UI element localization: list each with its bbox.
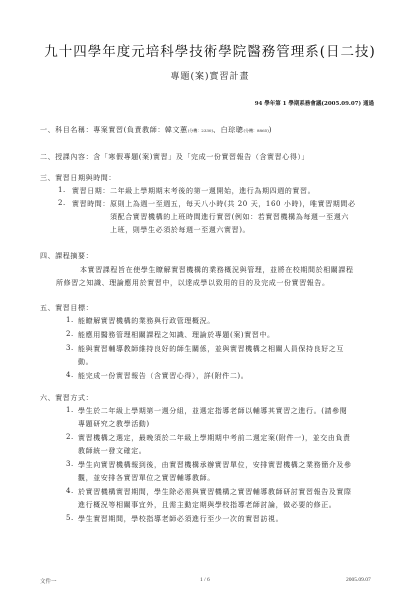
- section-1-course-name: 一、科目名稱：專案實習(負責教師：韓文蕙(分機：2330)、白琮聰(分機：886…: [40, 125, 272, 135]
- section-5-item-2-text: 能應用醫務管理相關課程之知識、理論於專題(案)實習中。: [78, 330, 275, 340]
- section-3-item-2-line-3: 上班，則學生必須於每週一至週六實習)。: [110, 225, 250, 235]
- extension-2: (分機：8865): [243, 128, 268, 133]
- section-6-item-3-num: 3.: [66, 460, 74, 468]
- section-6-heading: 六、實習方式：: [40, 393, 93, 403]
- section-5-heading: 五、實習目標：: [40, 303, 93, 313]
- section-3-heading: 三、實習日期與時間：: [40, 173, 116, 183]
- section-3-item-2-num: 2.: [58, 199, 66, 207]
- section-5-item-1-num: 1.: [66, 316, 74, 324]
- section-1-text: 一、科目名稱：專案實習(負責教師：韓文蕙: [40, 126, 188, 134]
- section-3-item-1-num: 1.: [58, 186, 66, 194]
- section-6-item-5-num: 5.: [66, 514, 74, 522]
- section-6-item-5-text: 學生實習期間，學校指導老師必須進行至少一次的實習訪視。: [78, 514, 283, 524]
- extension-1: (分機：2330): [188, 128, 213, 133]
- section-6-item-2-line-2: 教師統一發文確定。: [78, 446, 146, 456]
- section-1-end: ): [269, 126, 272, 134]
- section-5-item-3-line-2: 動。: [78, 357, 93, 367]
- section-5-item-2-num: 2.: [66, 330, 74, 338]
- section-6-item-4-line-2: 進行概況等相關事宜外，且需主動定期與學校指導老師討論，做必要的修正。: [78, 500, 336, 510]
- section-1-mid: 、白琮聰: [213, 126, 243, 134]
- section-5-item-4-num: 4.: [66, 371, 74, 379]
- section-5-item-3-line-1: 能與實習輔導教師維持良好的師生關係，並與實習機構之相關人員保持良好之互: [78, 344, 344, 354]
- document-subtitle: 專題(案)實習計畫: [0, 69, 420, 82]
- section-3-item-2-line-1: 實習時間：原則上為週一至週五，每天八小時(共 20 天，160 小時)，唯實習期…: [72, 199, 356, 209]
- section-6-item-1-line-2: 專題研究之教學活動): [78, 419, 150, 429]
- section-6-item-3-line-2: 觀，並安排各實習單位之實習輔導教師。: [78, 473, 215, 483]
- section-4-line-1: 本實習課程旨在使學生瞭解實習機構的業務概況與管理，並將在校期間於相關課程: [80, 265, 354, 275]
- section-6-item-4-line-1: 於實習機構實習期間，學生除必需與實習機構之實習輔導教師研討實習報告及實際: [78, 487, 352, 497]
- section-6-item-1-num: 1.: [66, 406, 74, 414]
- document-page: 九十四學年度元培科學技術學院醫務管理系(日二技) 專題(案)實習計畫 94 學年…: [0, 0, 420, 593]
- document-title: 九十四學年度元培科學技術學院醫務管理系(日二技): [0, 40, 420, 60]
- section-6-item-4-num: 4.: [66, 487, 74, 495]
- section-6-item-2-num: 2.: [66, 433, 74, 441]
- section-3-item-2-line-2: 須配合實習機構的上班時間進行實習(例如：若實習機構為每週一至週六: [110, 212, 349, 222]
- section-5-item-3-num: 3.: [66, 344, 74, 352]
- approval-note: 94 學年第 1 學期系務會議(2005.09.07) 通過: [255, 99, 374, 107]
- section-4-line-2: 所修習之知識、理論應用於實習中，以達成學以致用的目的及完成一份實習報告。: [56, 278, 330, 288]
- footer-date: 2005.09.07: [346, 577, 371, 583]
- section-5-item-4-text: 能完成一份實習報告（含實習心得），詳(附件二)。: [78, 371, 248, 381]
- section-2-content: 二、授課內容：含「寒假專題(案)實習」及「完成一份實習報告（含實習心得）」: [40, 152, 309, 162]
- section-6-item-2-line-1: 實習機構之選定，最晚須於二年級上學期期中考前二週定案(附件一)，並交由負責: [78, 433, 351, 443]
- section-5-item-1-text: 能瞭解實習機構的業務與行政管理概況。: [78, 316, 215, 326]
- footer-page-number: 1 / 6: [200, 577, 210, 583]
- section-6-item-1-line-1: 學生於二年級上學期第一週分組，並選定指導老師以輔導其實習之進行。(請參閱: [78, 406, 347, 416]
- section-4-heading: 四、課程摘要：: [40, 251, 93, 261]
- footer-doc-label: 文件一: [40, 577, 57, 585]
- section-6-item-3-line-1: 學生向實習機構報到後，由實習機構承辦實習單位，安排實習機構之業務簡介及參: [78, 460, 352, 470]
- section-3-item-1-text: 實習日期：二年級上學期期末考後的第一週開始，進行為期四週的實習。: [72, 186, 315, 196]
